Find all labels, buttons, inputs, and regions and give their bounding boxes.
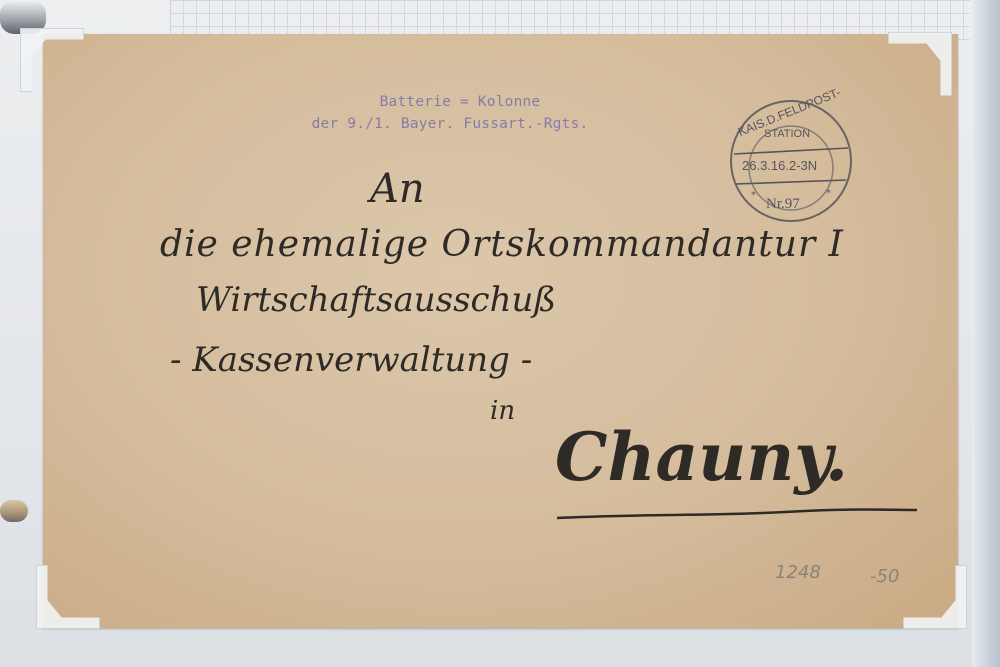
binder-ring-bottom (0, 500, 28, 522)
city-underline-icon (555, 500, 920, 524)
address-city: Chauny. (555, 418, 848, 496)
svg-text:*: * (751, 190, 756, 201)
postmark: * * KAIS.D.FELDPOST- STATION 26.3.16.2-3… (726, 96, 856, 226)
pencil-price: -50 (870, 566, 899, 587)
postmark-number: Nr.97 (766, 196, 800, 213)
unit-stamp-line1: Batterie = Kolonne (300, 91, 600, 113)
address-line4: in (490, 396, 515, 426)
unit-stamp: Batterie = Kolonne der 9./1. Bayer. Fuss… (300, 91, 600, 135)
address-line2: Wirtschaftsausschuß (196, 280, 556, 320)
address-line3: - Kassenverwaltung - (170, 340, 532, 380)
svg-text:*: * (826, 188, 831, 199)
unit-stamp-line2: der 9./1. Bayer. Fussart.-Rgts. (300, 113, 600, 135)
address-line1: die ehemalige Ortskommandantur I (160, 224, 844, 265)
album-edge (972, 0, 1000, 667)
pencil-catalog-number: 1248 (775, 562, 821, 583)
postmark-station: STATION (764, 128, 810, 140)
postmark-date: 26.3.16.2-3N (742, 158, 817, 173)
address-salutation: An (370, 166, 425, 212)
